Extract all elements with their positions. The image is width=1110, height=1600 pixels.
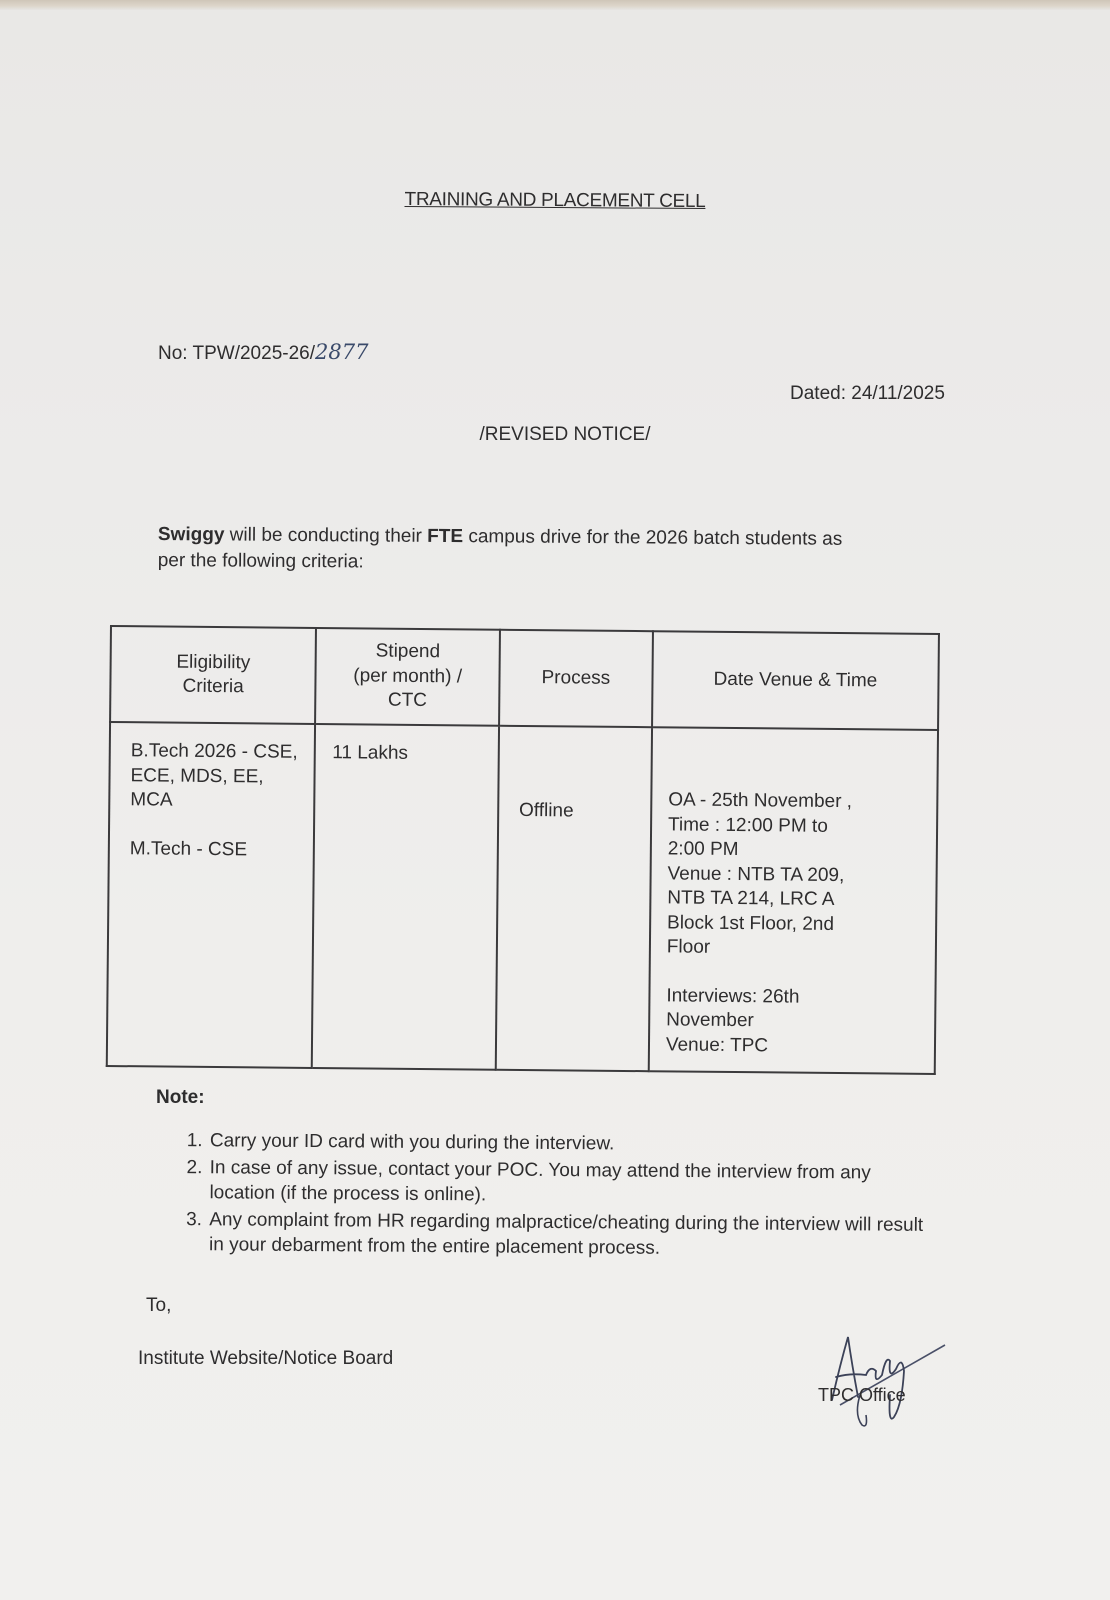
intro-paragraph: Swiggy will be conducting their FTE camp… (158, 522, 858, 579)
cell-date-venue: OA - 25th November , Time : 12:00 PM to … (649, 727, 938, 1074)
criteria-table: Eligibility Criteria Stipend (per month)… (106, 625, 940, 1075)
header-line: (per month) / (318, 664, 498, 690)
reference-handwritten: 2877 (315, 340, 368, 364)
notice-type: /REVISED NOTICE/ (0, 424, 1110, 446)
eligibility-mtech: M.Tech - CSE (130, 837, 313, 863)
signature-icon (810, 1325, 950, 1435)
header-title: TRAINING AND PLACEMENT CELL (0, 186, 1110, 216)
paper-edge (0, 0, 1110, 10)
note-label: Note: (156, 1087, 205, 1109)
date-venue-line: Floor (667, 935, 934, 962)
header-line: CTC (318, 688, 498, 714)
interview-line: November (666, 1008, 933, 1035)
note-item: Carry your ID card with you during the i… (208, 1128, 928, 1159)
header-stipend: Stipend (per month) / CTC (316, 628, 500, 726)
reference-number: No: TPW/2025-26/2877 (158, 340, 368, 365)
intro-text-1: will be conducting their (224, 524, 427, 546)
date-venue-line: OA - 25th November , (668, 788, 935, 815)
note-item: Any complaint from HR regarding malpract… (207, 1207, 927, 1263)
date-venue-line: Venue : NTB TA 209, (667, 862, 934, 889)
signatory: TPC Office (818, 1385, 906, 1406)
role-type: FTE (427, 526, 463, 547)
company-name: Swiggy (158, 524, 225, 545)
cell-stipend: 11 Lakhs (312, 724, 499, 1070)
eligibility-line: ECE, MDS, EE, (130, 764, 313, 790)
date-venue-line: NTB TA 214, LRC A (667, 886, 934, 913)
to-label: To, (146, 1295, 171, 1317)
cell-eligibility: B.Tech 2026 - CSE, ECE, MDS, EE, MCA M.T… (107, 722, 316, 1068)
table-header-row: Eligibility Criteria Stipend (per month)… (110, 626, 939, 730)
header-process: Process (499, 630, 653, 727)
header-line: Criteria (112, 674, 314, 700)
eligibility-line: B.Tech 2026 - CSE, (131, 739, 314, 765)
notice-page: TRAINING AND PLACEMENT CELL No: TPW/2025… (0, 0, 1110, 1600)
table-row: B.Tech 2026 - CSE, ECE, MDS, EE, MCA M.T… (107, 722, 938, 1074)
header-date-venue: Date Venue & Time (652, 631, 939, 730)
eligibility-line: MCA (130, 788, 313, 814)
reference-prefix: No: TPW/2025-26/ (158, 343, 315, 364)
recipient: Institute Website/Notice Board (138, 1348, 393, 1370)
header-line: Eligibility (113, 650, 315, 676)
notice-date: Dated: 24/11/2025 (790, 383, 945, 405)
date-venue-line: 2:00 PM (668, 837, 935, 864)
interview-line: Venue: TPC (666, 1033, 933, 1060)
header-line: Stipend (318, 639, 498, 665)
process-value: Offline (519, 799, 649, 825)
cell-process: Offline (496, 726, 652, 1071)
note-item: In case of any issue, contact your POC. … (207, 1155, 927, 1211)
header-eligibility: Eligibility Criteria (110, 626, 316, 724)
notes-list: Carry your ID card with you during the i… (177, 1128, 928, 1265)
interview-line: Interviews: 26th (666, 984, 933, 1011)
date-venue-line: Time : 12:00 PM to (668, 813, 935, 840)
date-venue-line: Block 1st Floor, 2nd (667, 911, 934, 938)
